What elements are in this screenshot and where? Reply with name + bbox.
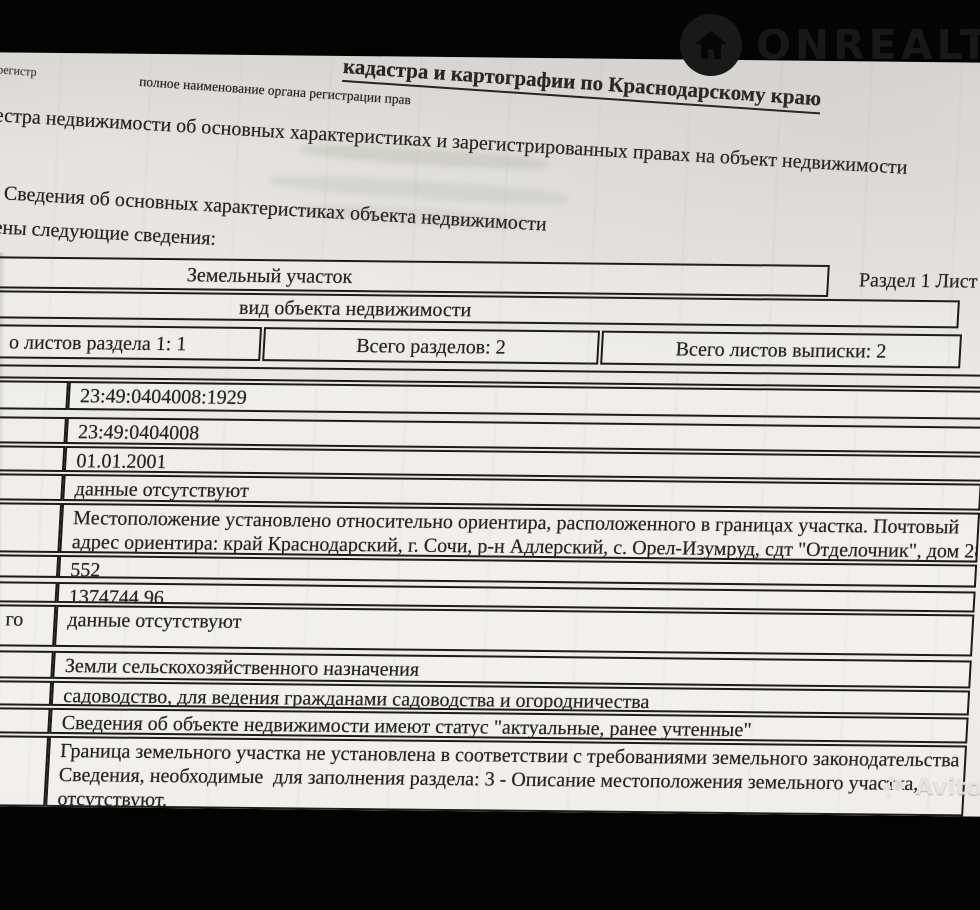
house-icon	[694, 28, 728, 62]
totals-cell: о листов раздела 1: 1	[0, 324, 262, 361]
row-label-cell	[0, 735, 49, 807]
row-label-cell	[0, 502, 62, 553]
row-label-cell	[0, 473, 64, 501]
section-subtitle: ены следующие сведения:	[0, 216, 217, 251]
row-value-cell: Местоположение установлено относительно …	[59, 503, 980, 563]
onrealt-watermark: ONREALT	[680, 14, 980, 76]
totals-cell: Всего разделов: 2	[262, 327, 600, 365]
object-type-caption: вид объекта недвижимости	[0, 293, 958, 327]
row-value-cell: данные отсутствуют	[54, 605, 974, 657]
section-sheet-label: Раздел 1 Лист 1	[858, 269, 980, 293]
characteristics-table: Земельный участокРаздел 1 Лист 1вид объе…	[0, 256, 980, 817]
row-label-cell	[0, 581, 58, 603]
row-label-cell	[0, 680, 52, 706]
row-label: го	[5, 607, 54, 631]
onrealt-logo-icon	[680, 14, 742, 76]
totals-value: Всего разделов: 2	[264, 333, 597, 360]
avito-watermark: Avito	[882, 774, 980, 801]
document-photo: ONREALT регистр кадастра и картографии п…	[0, 0, 980, 910]
row-value-cell: Граница земельного участка не установлен…	[45, 736, 967, 817]
object-type-value: Земельный участок	[0, 261, 828, 294]
row-label-cell	[0, 416, 67, 444]
row-label-cell	[0, 445, 65, 472]
extract-intro-line: естра недвижимости об основных характери…	[0, 104, 908, 180]
onrealt-watermark-text: ONREALT	[756, 14, 980, 76]
row-label-cell: го	[0, 604, 56, 647]
totals-value: Всего листов выписки: 2	[602, 337, 959, 365]
cell-line: 23:49:0404008:1929	[79, 384, 980, 417]
row-label-cell	[0, 707, 51, 734]
row-label-cell	[0, 650, 54, 679]
cell-line: данные отсутствуют	[67, 608, 972, 641]
totals-cell: Всего листов выписки: 2	[600, 331, 962, 369]
totals-value: о листов раздела 1: 1	[8, 330, 259, 357]
avito-dots-icon	[882, 774, 908, 800]
row-label-cell	[0, 554, 59, 578]
avito-watermark-text: Avito	[915, 774, 980, 801]
paper-sheet: регистр кадастра и картографии по Красно…	[0, 52, 980, 817]
row-label-cell	[0, 380, 69, 410]
corner-note: регистр	[0, 62, 37, 80]
